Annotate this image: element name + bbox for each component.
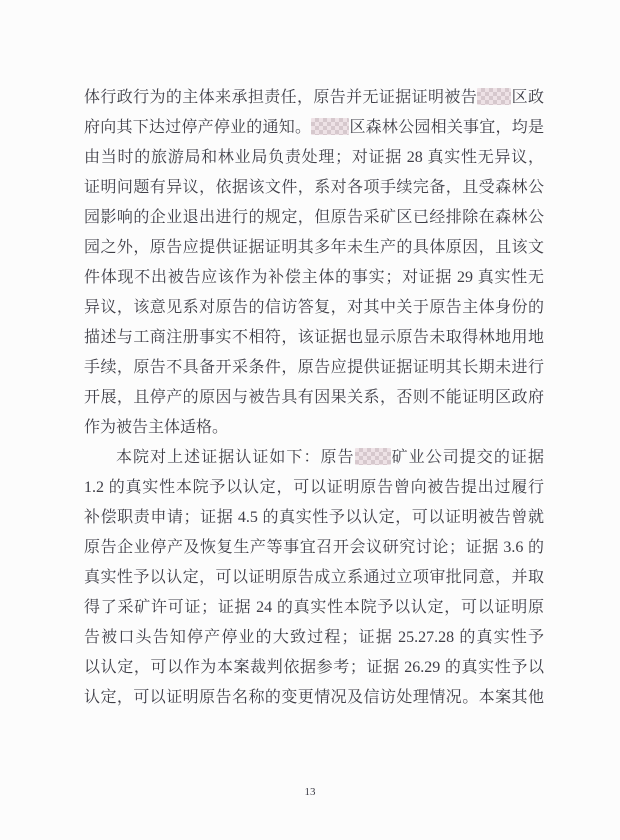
text-line-20: 以认定，可以作为本案裁判依据参考；证据 26.29 的真实性予以 — [84, 653, 544, 683]
text-line-17: 真实性予以认定，可以证明原告成立系通过立项审批同意，并取 — [84, 563, 544, 593]
text-line-21: 认定，可以证明原告名称的变更情况及信访处理情况。本案其他 — [84, 683, 544, 713]
document-text: 体行政行为的主体来承担责任，原告并无证据证明被告区政府向其下达过停产停业的通知。… — [84, 83, 544, 713]
text-line-9: 描述与工商注册事实不相符，该证据也显示原告未取得林地用地 — [84, 323, 544, 353]
text-line-16: 原告企业停产及恢复生产等事宜召开会议研究讨论；证据 3.6 的 — [84, 533, 544, 563]
text-line-15: 补偿职责申请；证据 4.5 的真实性予以认定，可以证明被告曾就 — [84, 503, 544, 533]
text-line-10: 手续，原告不具备开采条件，原告应提供证据证明其长期未进行 — [84, 353, 544, 383]
text-line-4: 证明问题有异议，依据该文件，系对各项手续完备，且受森林公 — [84, 173, 544, 203]
text-line-7: 件体现不出被告应该作为补偿主体的事实；对证据 29 真实性无 — [84, 263, 544, 293]
text-line-12: 作为被告主体适格。 — [84, 413, 544, 443]
scanned-document-page: 体行政行为的主体来承担责任，原告并无证据证明被告区政府向其下达过停产停业的通知。… — [0, 0, 620, 840]
text-line-11: 开展，且停产的原因与被告具有因果关系，否则不能证明区政府 — [84, 383, 544, 413]
text-line-2: 府向其下达过停产停业的通知。区森林公园相关事宜，均是 — [84, 113, 544, 143]
text-line-5: 园影响的企业退出进行的规定，但原告采矿区已经排除在森林公 — [84, 203, 544, 233]
text-line-14: 1.2 的真实性本院予以认定，可以证明原告曾向被告提出过履行 — [84, 473, 544, 503]
redaction-mosaic — [311, 118, 349, 135]
text-line-19: 告被口头告知停产停业的大致过程；证据 25.27.28 的真实性予 — [84, 623, 544, 653]
text-line-1: 体行政行为的主体来承担责任，原告并无证据证明被告区政 — [84, 83, 544, 113]
text-line-6: 园之外，原告应提供证据证明其多年未生产的具体原因，且该文 — [84, 233, 544, 263]
page-number: 13 — [0, 786, 620, 798]
text-line-8: 异议，该意见系对原告的信访答复，对其中关于原告主体身份的 — [84, 293, 544, 323]
text-line-18: 得了采矿许可证；证据 24 的真实性本院予以认定，可以证明原 — [84, 593, 544, 623]
redaction-mosaic — [477, 88, 511, 105]
text-line-3: 由当时的旅游局和林业局负责处理；对证据 28 真实性无异议， — [84, 143, 544, 173]
redaction-mosaic — [355, 448, 391, 465]
text-line-13: 本院对上述证据认证如下：原告矿业公司提交的证据 — [84, 443, 544, 473]
